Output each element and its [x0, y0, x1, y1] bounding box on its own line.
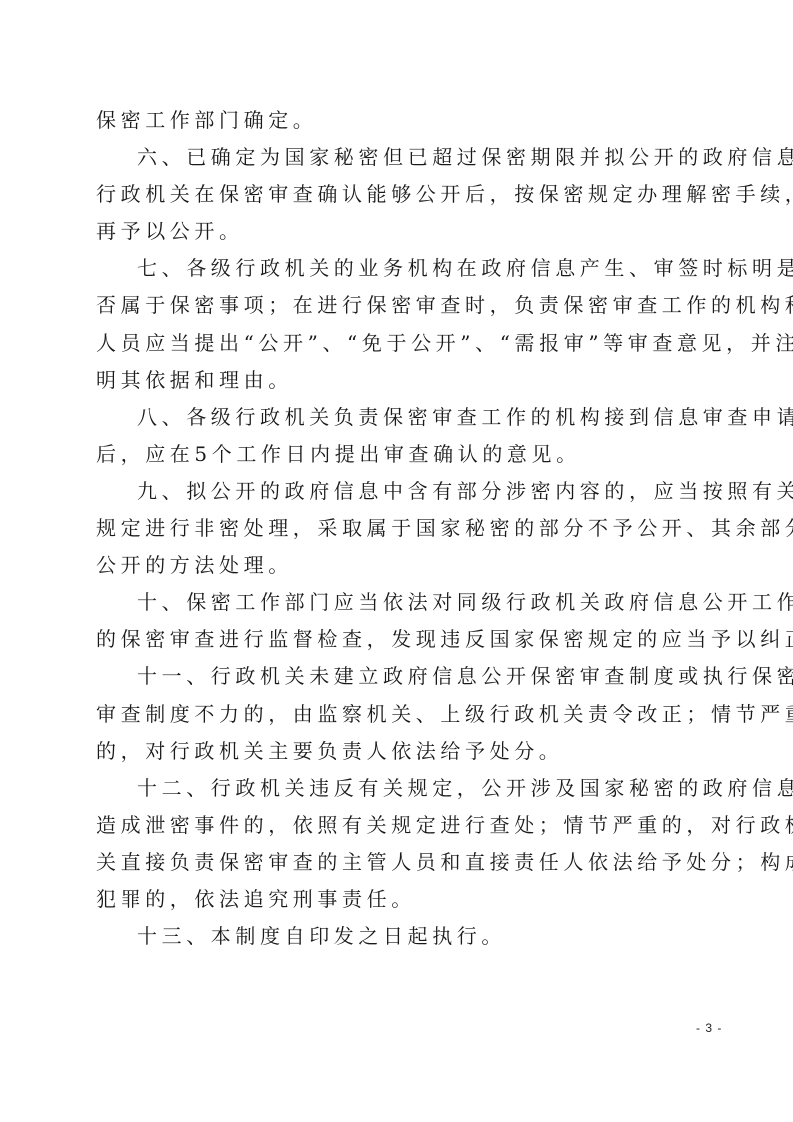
text-line: 人员应当提出“公开”、“免于公开”、“需报审”等审查意见，并注	[96, 325, 716, 362]
text-line: 再予以公开。	[96, 213, 716, 250]
text-line: 审查制度不力的，由监察机关、上级行政机关责令改正；情节严重	[96, 696, 716, 733]
text-line: 十二、行政机关违反有关规定，公开涉及国家秘密的政府信息，	[96, 770, 716, 807]
text-line: 保密工作部门确定。	[96, 102, 716, 139]
text-line: 的保密审查进行监督检查，发现违反国家保密规定的应当予以纠正。	[96, 621, 716, 658]
text-line: 后，应在5个工作日内提出审查确认的意见。	[96, 436, 716, 473]
document-page: 保密工作部门确定。 六、已确定为国家秘密但已超过保密期限并拟公开的政府信息， 行…	[0, 0, 793, 1122]
text-line: 犯罪的，依法追究刑事责任。	[96, 881, 716, 918]
text-line: 关直接负责保密审查的主管人员和直接责任人依法给予处分；构成	[96, 844, 716, 881]
text-line: 十一、行政机关未建立政府信息公开保密审查制度或执行保密	[96, 658, 716, 695]
text-line: 十、保密工作部门应当依法对同级行政机关政府信息公开工作中	[96, 584, 716, 621]
text-line: 明其依据和理由。	[96, 362, 716, 399]
text-line: 七、各级行政机关的业务机构在政府信息产生、审签时标明是	[96, 250, 716, 287]
text-line: 九、拟公开的政府信息中含有部分涉密内容的，应当按照有关	[96, 473, 716, 510]
text-line: 造成泄密事件的，依照有关规定进行查处；情节严重的，对行政机	[96, 807, 716, 844]
text-line: 的，对行政机关主要负责人依法给予处分。	[96, 733, 716, 770]
text-line: 八、各级行政机关负责保密审查工作的机构接到信息审查申请	[96, 399, 716, 436]
text-line: 行政机关在保密审查确认能够公开后，按保密规定办理解密手续，	[96, 176, 716, 213]
text-line: 六、已确定为国家秘密但已超过保密期限并拟公开的政府信息，	[96, 139, 716, 176]
text-line: 十三、本制度自印发之日起执行。	[96, 918, 716, 955]
text-line: 公开的方法处理。	[96, 547, 716, 584]
text-line: 规定进行非密处理，采取属于国家秘密的部分不予公开、其余部分	[96, 510, 716, 547]
text-line: 否属于保密事项；在进行保密审查时，负责保密审查工作的机构和	[96, 287, 716, 324]
document-body: 保密工作部门确定。 六、已确定为国家秘密但已超过保密期限并拟公开的政府信息， 行…	[96, 102, 716, 955]
page-number: - 3 -	[696, 1021, 722, 1035]
